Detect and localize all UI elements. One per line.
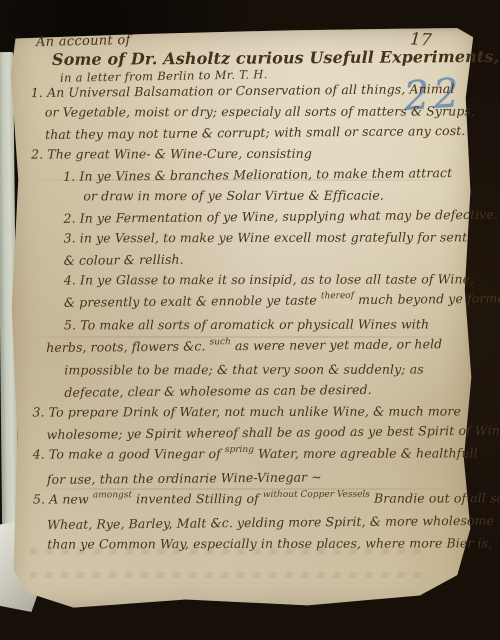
manuscript-line: or draw in more of ye Solar Virtue & Eff… bbox=[83, 184, 465, 206]
manuscript-line: & presently to exalt & ennoble ye taste … bbox=[64, 288, 466, 316]
manuscript-line: 1. In ye Vines & branches Melioration, t… bbox=[63, 162, 465, 187]
line-text: Brandie out of all sorts of Graines; bbox=[370, 490, 500, 506]
line-text: Water, more agreable & healthfull bbox=[254, 445, 478, 461]
ink-bleedthrough bbox=[30, 548, 430, 596]
manuscript-line: defecate, clear & wholesome as can be de… bbox=[64, 378, 466, 403]
manuscript-line: 1. An Universal Balsamation or Conservat… bbox=[31, 78, 465, 103]
manuscript-line: 2. In ye Fermentation of ye Wine, supply… bbox=[63, 204, 465, 229]
header-note: An account of bbox=[36, 33, 131, 50]
line-text: & presently to exalt & ennoble ye taste bbox=[64, 292, 321, 309]
manuscript-line: 5. To make all sorts of aromatick or phy… bbox=[64, 313, 466, 335]
manuscript-line: or Vegetable, moist or dry; especialy al… bbox=[45, 100, 465, 122]
inserted-word: amongst bbox=[93, 490, 132, 500]
line-text: 4. To make a good Vinegar of bbox=[33, 446, 225, 462]
manuscript-line: 4. To make a good Vinegar of spring Wate… bbox=[33, 442, 467, 467]
manuscript-title: Some of Dr. Asholtz curious Usefull Expe… bbox=[52, 46, 500, 69]
inserted-word: such bbox=[210, 337, 231, 347]
line-text: as were never yet made, or held bbox=[231, 336, 442, 353]
manuscript-line: & colour & rellish. bbox=[64, 246, 466, 271]
manuscript-line: herbs, roots, flowers &c. such as were n… bbox=[46, 333, 466, 361]
line-text: invented Stilling of bbox=[132, 491, 263, 506]
manuscript-line: 3. To prepare Drink of Water, not much u… bbox=[32, 400, 466, 422]
line-text: herbs, roots, flowers &c. bbox=[46, 338, 210, 355]
inserted-word: spring bbox=[225, 445, 254, 455]
scan-background: An account of 17 Some of Dr. Asholtz cur… bbox=[0, 0, 500, 640]
manuscript-line: that they may not turne & corrupt; with … bbox=[45, 120, 465, 145]
line-text: much beyond ye former. bbox=[354, 291, 500, 308]
manuscript-line: 2. The great Wine- & Wine-Cure, consisti… bbox=[31, 142, 465, 164]
manuscript-body: 1. An Universal Balsamation or Conservat… bbox=[29, 79, 467, 555]
manuscript-line: for use, than the ordinarie Wine-Vinegar… bbox=[47, 465, 467, 490]
manuscript-line: than ye Common Way, especially in those … bbox=[47, 532, 467, 554]
inserted-word: without Copper Vessels bbox=[263, 490, 370, 500]
manuscript-line: 5. A new amongst invented Stilling of wi… bbox=[33, 487, 467, 512]
manuscript-line: 4. In ye Glasse to make it so insipid, a… bbox=[64, 268, 466, 290]
manuscript-line: 3. in ye Vessel, to make ye Wine excell … bbox=[64, 226, 466, 248]
manuscript-line: impossible to be made; & that very soon … bbox=[64, 358, 466, 380]
manuscript-line: wholesome; ye Spirit whereof shall be as… bbox=[47, 420, 467, 445]
manuscript-line: Wheat, Rye, Barley, Malt &c. yelding mor… bbox=[47, 510, 467, 535]
inserted-word: thereof bbox=[321, 291, 354, 301]
line-text: 5. A new bbox=[33, 491, 93, 506]
